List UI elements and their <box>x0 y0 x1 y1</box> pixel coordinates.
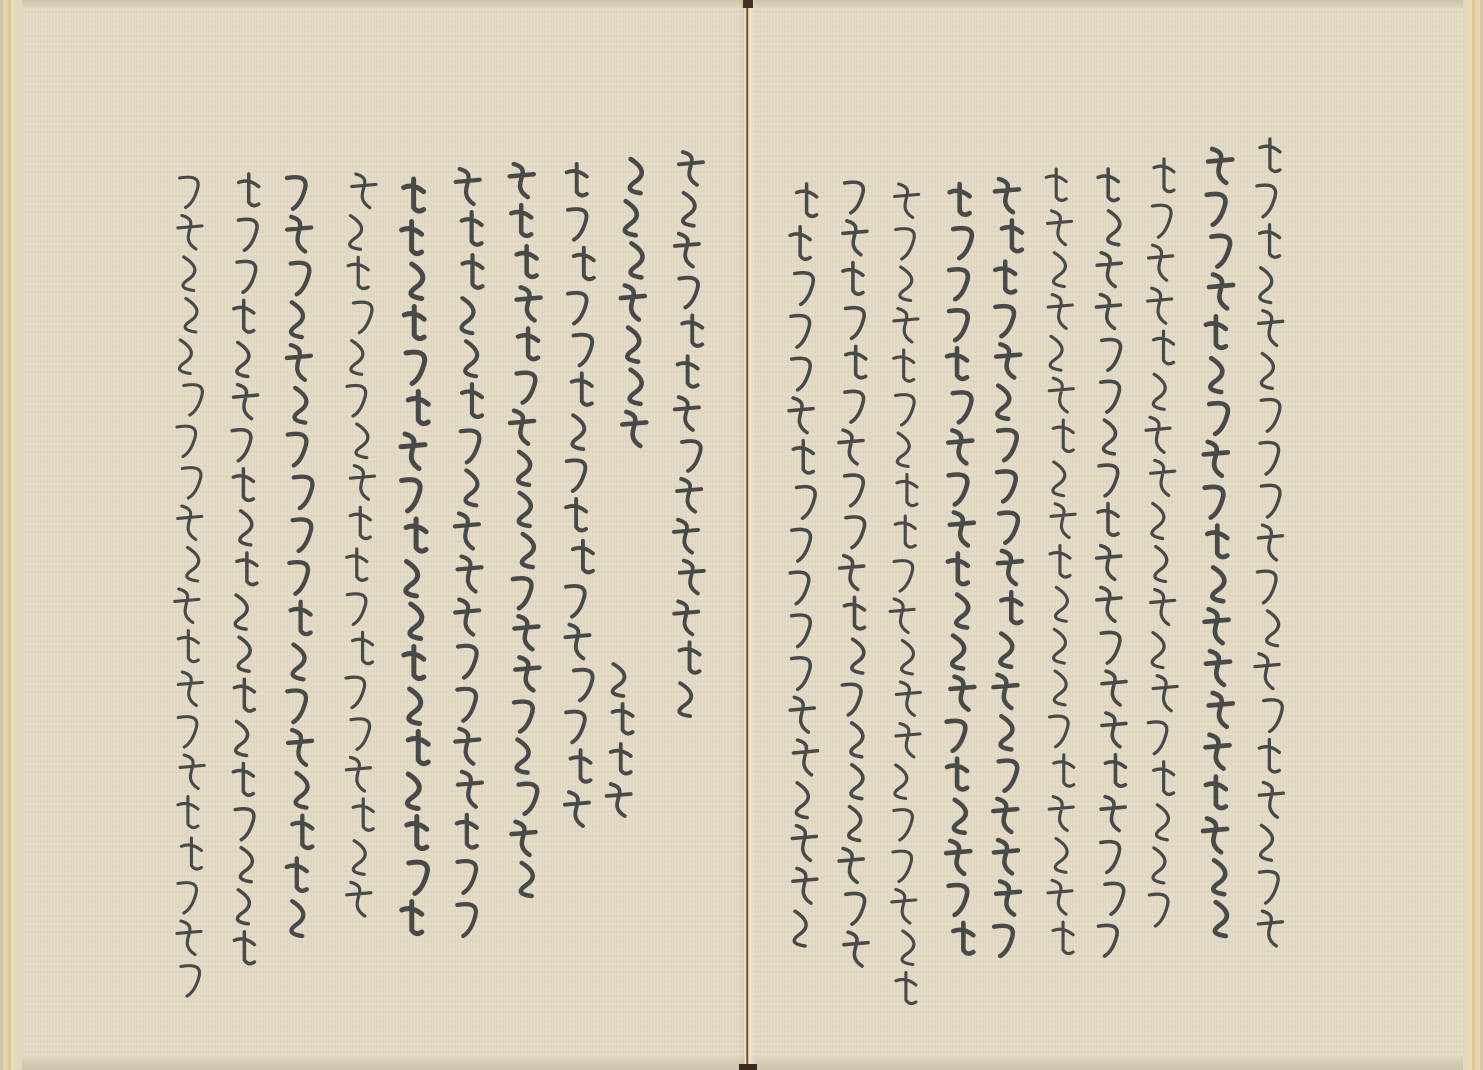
column-text: なへと出風う <box>602 660 642 820</box>
column-text: かきりありけうそ桐いくらあもと海さかりひつくる <box>280 170 320 906</box>
column-text: とつ米ありうつつとせぬいあう人物ともりなしで <box>395 175 435 879</box>
column-text: 白れおりらさはき三へとしはなし海りのよまえそなるまも <box>225 170 265 970</box>
column-text: 事こそ人のあはれなりけれ人に身を任せ <box>1250 135 1290 711</box>
text-column: かきりありけうそ桐いくらあもと海さかりひつくる <box>280 170 320 940</box>
text-column: なへと出風う <box>602 660 642 820</box>
text-column: らひ玉はえんまいも紙はそりのしうてのこまるとに <box>783 180 823 950</box>
column-text: へみの人をとおりのつまいうとうりゐく御まなれし <box>170 170 210 906</box>
text-column: 白れおりらさはき三へとしはなし海りのよまえそなるまも <box>225 170 265 970</box>
text-column: 木の宿はもふなるしはとうねさ海ふ寺まえん <box>1040 165 1080 960</box>
column-text: 風みはこなまでことのうちつしうろわれそれもす <box>340 170 380 874</box>
column-text: くあまりあれはあきすさまてものもしういろめれ <box>1092 165 1132 869</box>
text-column: 事こそ人のあはれなりけれ人に身を任せ <box>1250 135 1290 950</box>
text-column: へみの人をとおりのつまいうとうりゐく御まなれし <box>170 170 210 1000</box>
manuscript-spread: めでもしらひすうまくさきうと稀にいひ出きとくわ身にうちてわりあうなりなへと出風う… <box>0 0 1483 1070</box>
text-column: てつりめかしく神なれもさりしつつしあうねこと也 <box>1198 145 1238 940</box>
text-column: くあまりあれはあきすさまてものもしういろめれ <box>1092 165 1132 960</box>
text-column: とつ米ありうつつとせぬいあう人物ともりなしで <box>395 175 435 940</box>
text-column: いんまみなん時もいつうしののくゑちろ人 <box>885 180 925 1010</box>
left-page-edge <box>0 0 22 1070</box>
column-text: みまうるうちうかのうちふかきありけりきなかたうもの <box>505 160 545 900</box>
text-column: 何ならさ紙また人の心こさいめてなのらしまれ <box>1142 155 1182 930</box>
text-column: めでもしらひすうまくさきうと稀にいひ出きとく <box>670 148 710 720</box>
text-column: きちうこととうう一つ程のおくめかなれ侍 <box>940 180 980 960</box>
column-text: 何ならさ紙また人の心こさいめてなのらしまれ <box>1142 155 1182 827</box>
column-text: あつれは一つ程のりのとおりかはいうそあれわしなるお <box>450 165 490 940</box>
binding-tab-top <box>743 0 753 8</box>
text-column: うしとわりひたすらにおやみめらはみゆよしてもつ <box>560 160 600 830</box>
book-gutter <box>738 0 756 1070</box>
column-text: らひ玉はえんまいも紙はそりのしうてのこまるとに <box>783 180 823 916</box>
column-text: てつりめかしく神なれもさりしつつしあうねこと也 <box>1198 145 1238 881</box>
column-text: ちろも近かりし人まとかりいはくるも字ねのうこ <box>835 175 875 879</box>
text-column: 風みはこなまでことのうちつしうろわれそれもす <box>340 170 380 920</box>
text-column: ちろも近かりし人まとかりいはくるも字ねのうこ <box>835 175 875 970</box>
text-column: みまうるうちうかのうちふかきありけりきなかたうもの <box>505 160 545 900</box>
text-column: わ身にうちてわりあうなり <box>615 155 655 450</box>
right-page-edge <box>1463 0 1483 1070</box>
column-text: はまもあつりの八まもしをしていなさいうれも <box>988 175 1028 847</box>
text-column: あつれは一つ程のりのとおりかはいうそあれわしなるお <box>450 165 490 940</box>
binding-tab-bottom <box>739 1064 757 1070</box>
column-text: わ身にうちてわりあうなり <box>615 155 655 450</box>
column-text: きちうこととうう一つ程のおくめかなれ侍 <box>940 180 980 788</box>
column-text: うしとわりひたすらにおやみめらはみゆよしてもつ <box>560 160 600 830</box>
column-text: めでもしらひすうまくさきうと稀にいひ出きとく <box>670 148 710 720</box>
column-text: いんまみなん時もいつうしののくゑちろ人 <box>885 180 925 788</box>
column-text: 木の宿はもふなるしはとうねさ海ふ寺まえん <box>1040 165 1080 805</box>
text-column: はまもあつりの八まもしをしていなさいうれも <box>988 175 1028 960</box>
